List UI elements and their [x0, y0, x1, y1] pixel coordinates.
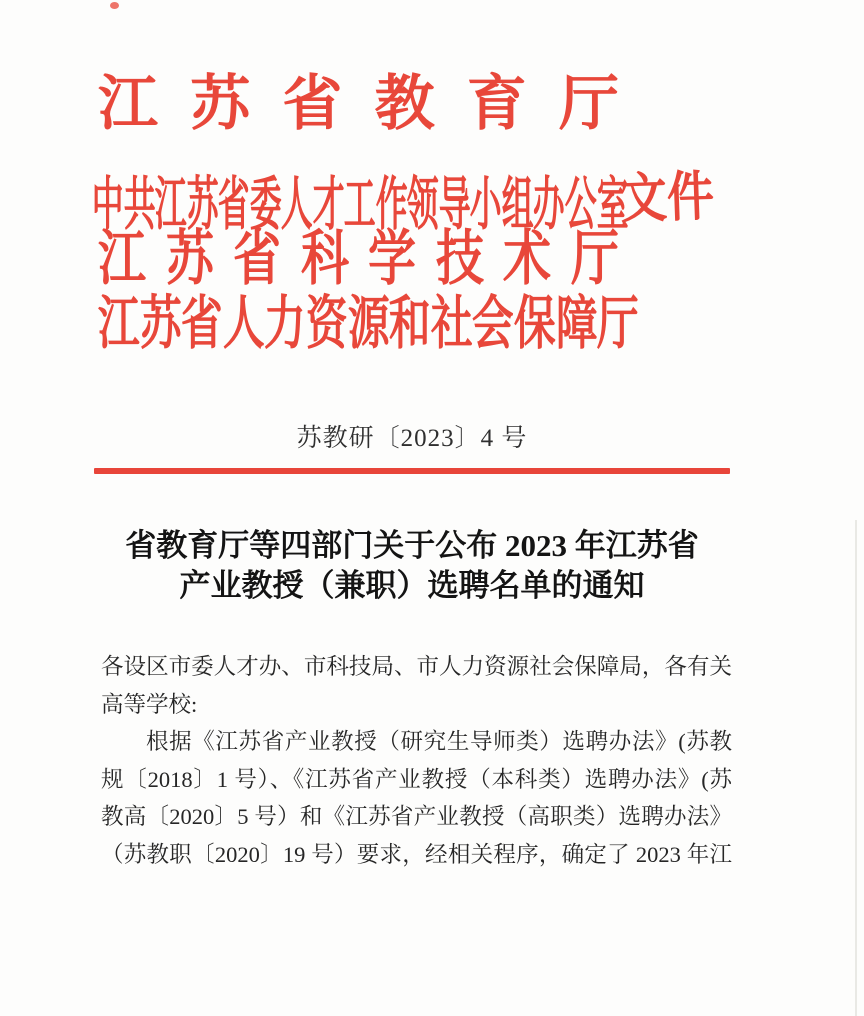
document-body: 各设区市委人才办、市科技局、市人力资源社会保障局，各有关 高等学校: 根据《江苏…	[101, 648, 732, 873]
paragraph-line: 规〔2018〕1 号）、《江苏省产业教授（本科类）选聘办法》(苏	[101, 761, 732, 799]
paragraph-line: 根据《江苏省产业教授（研究生导师类）选聘办法》(苏教	[101, 723, 732, 761]
reference-number: 苏教研〔2023〕4 号	[95, 424, 729, 454]
header-agency-human-resources-dept: 江苏省人力资源和社会保障厅	[98, 295, 639, 353]
document-title-line-2: 产业教授（兼职）选聘名单的通知	[95, 567, 729, 606]
header-agency-education-dept: 江苏省教育厅	[98, 74, 619, 134]
paragraph-line: （苏教职〔2020〕19 号）要求，经相关程序，确定了 2023 年江	[101, 836, 732, 874]
scan-artifact-speck	[110, 2, 119, 9]
addressee-line: 高等学校:	[101, 686, 732, 724]
scan-edge-artifact	[855, 520, 857, 1016]
red-separator-line	[94, 468, 730, 474]
header-agency-science-tech-dept: 江苏省科学技术厅	[98, 229, 619, 289]
document-title-line-1: 省教育厅等四部门关于公布 2023 年江苏省	[95, 527, 729, 566]
document-page: 江苏省教育厅 中共江苏省委人才工作领导小组办公室 江苏省科学技术厅 江苏省人力资…	[0, 0, 864, 1016]
paragraph-line: 教高〔2020〕5 号）和《江苏省产业教授（高职类）选聘办法》	[101, 798, 732, 836]
addressee-line: 各设区市委人才办、市科技局、市人力资源社会保障局，各有关	[101, 648, 732, 686]
header-document-suffix: 文件	[619, 169, 715, 226]
